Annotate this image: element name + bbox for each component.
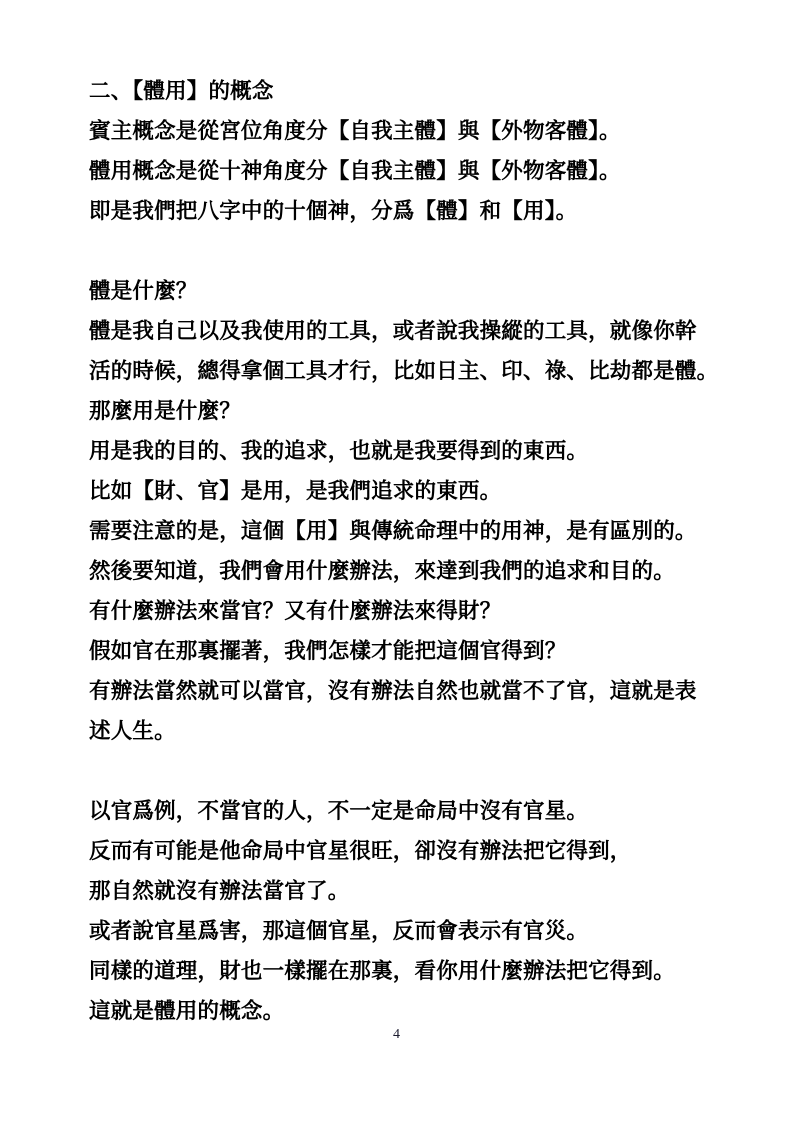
text-line: 同樣的道理，財也一樣擺在那裏，看你用什麼辦法把它得到。 [89, 951, 714, 991]
text-line: 或者說官星爲害，那這個官星，反而會表示有官災。 [89, 911, 714, 951]
text-line: 這就是體用的概念。 [89, 991, 714, 1031]
document-body: 二、【體用】的概念 賓主概念是從宮位角度分【自我主體】與【外物客體】。 體用概念… [89, 71, 714, 1031]
text-line: 體是什麼？ [89, 271, 714, 311]
document-page: 二、【體用】的概念 賓主概念是從宮位角度分【自我主體】與【外物客體】。 體用概念… [0, 0, 793, 1122]
paragraph-official-example: 以官爲例，不當官的人，不一定是命局中沒有官星。 反而有可能是他命局中官星很旺，卻… [89, 791, 714, 1031]
text-line: 有什麼辦法來當官？又有什麼辦法來得財？ [89, 591, 714, 631]
text-line: 假如官在那裏擺著，我們怎樣才能把這個官得到？ [89, 631, 714, 671]
text-line: 那麼用是什麼？ [89, 391, 714, 431]
text-line: 體用概念是從十神角度分【自我主體】與【外物客體】。 [89, 151, 714, 191]
page-number: 4 [0, 1026, 793, 1044]
text-line: 有辦法當然就可以當官，沒有辦法自然也就當不了官，這就是表 [89, 671, 714, 711]
text-line: 然後要知道，我們會用什麼辦法，來達到我們的追求和目的。 [89, 551, 714, 591]
text-line: 反而有可能是他命局中官星很旺，卻沒有辦法把它得到， [89, 831, 714, 871]
text-line: 體是我自己以及我使用的工具，或者說我操縱的工具，就像你幹 [89, 311, 714, 351]
text-line: 述人生。 [89, 711, 714, 751]
text-line: 比如【財、官】是用，是我們追求的東西。 [89, 471, 714, 511]
paragraph-body-and-use: 體是什麼？ 體是我自己以及我使用的工具，或者說我操縱的工具，就像你幹 活的時候，… [89, 271, 714, 751]
text-line: 活的時候，總得拿個工具才行，比如日主、印、祿、比劫都是體。 [89, 351, 714, 391]
text-line: 賓主概念是從宮位角度分【自我主體】與【外物客體】。 [89, 111, 714, 151]
text-line: 即是我們把八字中的十個神，分爲【體】和【用】。 [89, 191, 714, 231]
text-line: 那自然就沒有辦法當官了。 [89, 871, 714, 911]
text-line: 需要注意的是，這個【用】與傳統命理中的用神，是有區別的。 [89, 511, 714, 551]
text-line: 用是我的目的、我的追求，也就是我要得到的東西。 [89, 431, 714, 471]
section-heading: 二、【體用】的概念 [89, 71, 714, 111]
section-heading-group: 二、【體用】的概念 賓主概念是從宮位角度分【自我主體】與【外物客體】。 體用概念… [89, 71, 714, 231]
text-line: 以官爲例，不當官的人，不一定是命局中沒有官星。 [89, 791, 714, 831]
